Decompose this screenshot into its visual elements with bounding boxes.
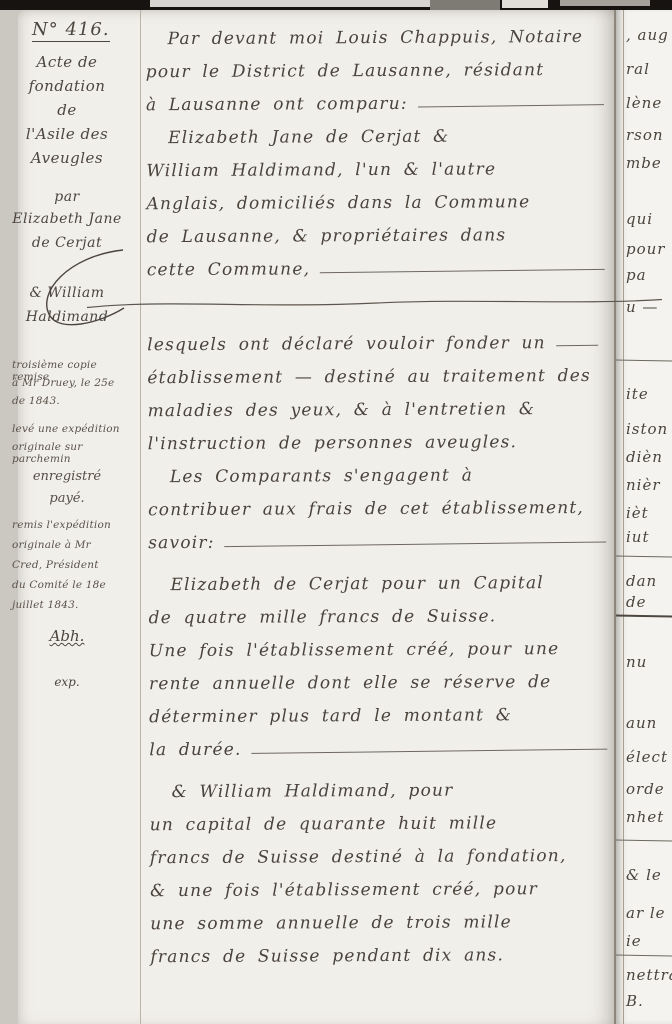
- body-line-text: de Lausanne, & propriétaires dans: [147, 219, 507, 254]
- body-line: une somme annuelle de trois mille: [150, 906, 612, 941]
- adjacent-text-fragment: iston: [626, 420, 668, 438]
- adjacent-text-fragment: , aug: [626, 26, 669, 44]
- scan-edge-fragment: [430, 0, 500, 10]
- body-line-text: cette Commune,: [147, 253, 311, 287]
- adjacent-margin-rule: [623, 8, 624, 1024]
- body-line: maladies des yeux, & à l'entretien &: [147, 393, 609, 428]
- adjacent-section-rule: [616, 840, 672, 842]
- body-line: pour le District de Lausanne, résidant: [146, 54, 608, 89]
- body-line: Elizabeth de Cerjat pour un Capital: [148, 567, 610, 602]
- adjacent-text-fragment: nettra: [626, 966, 672, 984]
- adjacent-section-rule: [616, 615, 672, 618]
- adjacent-section-rule: [616, 955, 672, 957]
- body-line: l'instruction de personnes aveugles.: [148, 426, 610, 461]
- margin-registration-note: originale à Mr: [12, 540, 122, 552]
- adjacent-text-fragment: ièt: [626, 504, 649, 522]
- body-line-text: Anglais, domiciliés dans la Commune: [146, 186, 530, 221]
- margin-title-line: Acte de: [12, 54, 122, 71]
- scan-top-edge: [0, 0, 672, 10]
- body-line-text: contribuer aux frais de cet établissemen…: [148, 492, 584, 527]
- adjacent-section-rule: [616, 360, 672, 362]
- body-line-text: lesquels ont déclaré vouloir fonder un: [147, 327, 546, 362]
- adjacent-text-fragment: & le: [626, 866, 662, 884]
- margin-registration-note: payé.: [12, 492, 122, 506]
- margin-registration-note: remis l'expédition: [12, 520, 122, 532]
- body-line: cette Commune,: [147, 252, 609, 287]
- body-line-text: Par devant moi Louis Chappuis, Notaire: [146, 21, 584, 56]
- ink-rule: [556, 345, 598, 347]
- adjacent-text-fragment: ite: [626, 385, 649, 403]
- adjacent-text-fragment: ral: [626, 60, 650, 78]
- body-line-text: une somme annuelle de trois mille: [150, 906, 512, 941]
- margin-title-line: fondation: [12, 78, 122, 95]
- scan-edge-fragment: [560, 0, 650, 6]
- body-line: un capital de quarante huit mille: [150, 807, 612, 842]
- page-gutter-edge: [614, 8, 616, 1024]
- adjacent-text-fragment: pour: [626, 240, 665, 258]
- margin-signature: Abh.: [12, 628, 122, 645]
- body-line-text: l'instruction de personnes aveugles.: [148, 426, 518, 461]
- margin-registration-note: du Comité le 18e: [12, 580, 122, 592]
- margin-title-line: l'Asile des: [12, 126, 122, 143]
- margin-party-line: Elizabeth Jane: [12, 212, 122, 227]
- ink-rule: [252, 749, 608, 754]
- adjacent-text-fragment: qui: [626, 210, 653, 228]
- body-line: & William Haldimand, pour: [149, 774, 611, 809]
- body-line: Elizabeth Jane de Cerjat &: [146, 120, 608, 155]
- body-line: rente annuelle dont elle se réserve de: [149, 666, 611, 701]
- body-line-text: Elizabeth de Cerjat pour un Capital: [148, 567, 544, 602]
- body-line-text: déterminer plus tard le montant &: [149, 699, 512, 734]
- adjacent-text-fragment: élect: [626, 748, 668, 766]
- body-line-text: Elizabeth Jane de Cerjat &: [146, 121, 450, 156]
- body-line: de quatre mille francs de Suisse.: [149, 600, 611, 635]
- adjacent-text-fragment: nièr: [626, 476, 661, 494]
- adjacent-text-fragment: mbe: [626, 154, 662, 172]
- margin-title-line: de: [12, 102, 122, 119]
- body-line: Les Comparants s'engagent à: [148, 459, 610, 494]
- body-line-text: pour le District de Lausanne, résidant: [146, 54, 545, 89]
- body-line-text: rente annuelle dont elle se réserve de: [149, 666, 552, 701]
- adjacent-text-fragment: ie: [626, 932, 642, 950]
- body-line: contribuer aux frais de cet établissemen…: [148, 492, 610, 527]
- body-line: établissement — destiné au traitement de…: [147, 360, 609, 395]
- margin-annotations: N° 416. Acte de fondation de l'Asile des…: [12, 14, 130, 1014]
- body-line-text: un capital de quarante huit mille: [150, 807, 498, 842]
- act-number: N° 416.: [32, 20, 122, 40]
- margin-registration-note: juillet 1843.: [12, 600, 122, 612]
- body-line: Une fois l'établissement créé, pour une: [149, 633, 611, 668]
- body-line: déterminer plus tard le montant &: [149, 699, 611, 734]
- body-line-text: Une fois l'établissement créé, pour une: [149, 633, 560, 668]
- adjacent-text-fragment: ar le: [626, 904, 666, 922]
- body-line: de Lausanne, & propriétaires dans: [147, 219, 609, 254]
- adjacent-text-fragment: dan: [626, 572, 657, 590]
- body-line-text: & une fois l'établissement créé, pour: [150, 873, 538, 908]
- margin-registration-note: de 1843.: [12, 396, 122, 408]
- adjacent-text-fragment: lène: [626, 94, 662, 112]
- ink-rule: [320, 269, 605, 273]
- scan-edge-fragment: [502, 0, 548, 8]
- body-line-text: de quatre mille francs de Suisse.: [149, 600, 497, 635]
- ink-rule: [225, 541, 607, 547]
- body-line: savoir:: [148, 525, 610, 560]
- body-line-text: Les Comparants s'engagent à: [148, 460, 473, 495]
- body-line: la durée.: [149, 732, 611, 767]
- adjacent-text-fragment: dièn: [626, 448, 663, 466]
- margin-registration-note: à Mr Druey, le 25e: [12, 378, 122, 390]
- adjacent-text-fragment: pa: [626, 266, 647, 284]
- ink-flourish: [28, 238, 138, 348]
- body-line: lesquels ont déclaré vouloir fonder un: [147, 327, 609, 362]
- adjacent-text-fragment: iut: [626, 528, 650, 546]
- adjacent-text-fragment: de: [626, 593, 646, 611]
- body-line: & une fois l'établissement créé, pour: [150, 873, 612, 908]
- body-line-text: à Lausanne ont comparu:: [146, 88, 408, 122]
- margin-party-line: par: [12, 190, 122, 205]
- adjacent-text-fragment: B.: [626, 992, 644, 1010]
- body-line: William Haldimand, l'un & l'autre: [146, 153, 608, 188]
- adjacent-page-sliver: , aug ral lène rson mbe qui pour pa u — …: [616, 8, 672, 1024]
- body-line-text: savoir:: [148, 527, 215, 560]
- adjacent-text-fragment: orde: [626, 780, 665, 798]
- adjacent-text-fragment: rson: [626, 126, 664, 144]
- body-line-text: William Haldimand, l'un & l'autre: [146, 153, 496, 188]
- body-line-text: francs de Suisse destiné à la fondation,: [150, 840, 567, 875]
- adjacent-section-rule: [616, 556, 672, 558]
- body-line: Par devant moi Louis Chappuis, Notaire: [146, 21, 608, 56]
- body-line: francs de Suisse destiné à la fondation,: [150, 840, 612, 875]
- act-number-text: N° 416.: [32, 19, 110, 42]
- adjacent-text-fragment: nhet: [626, 808, 664, 826]
- margin-title-line: Aveugles: [12, 150, 122, 167]
- body-line-text: maladies des yeux, & à l'entretien &: [147, 393, 535, 428]
- scan-edge-fragment: [150, 0, 430, 7]
- body-line: Anglais, domiciliés dans la Commune: [146, 186, 608, 221]
- margin-rule-line: [140, 8, 141, 1024]
- ink-flourish-rule: [147, 285, 609, 320]
- adjacent-text-fragment: aun: [626, 714, 657, 732]
- margin-abbreviation: exp.: [12, 676, 122, 689]
- body-line: francs de Suisse pendant dix ans.: [150, 939, 612, 974]
- body-line-text: & William Haldimand, pour: [149, 775, 453, 810]
- margin-registration-note: originale sur parchemin: [12, 442, 122, 465]
- ink-rule: [418, 104, 604, 107]
- body-line-text: établissement — destiné au traitement de…: [147, 360, 591, 395]
- body-line: à Lausanne ont comparu:: [146, 87, 608, 122]
- scanned-register-page: , aug ral lène rson mbe qui pour pa u — …: [0, 0, 672, 1024]
- margin-registration-note: levé une expédition: [12, 424, 122, 436]
- deed-body-text: Par devant moi Louis Chappuis, Notaire p…: [146, 21, 613, 974]
- margin-registration-note: enregistré: [12, 470, 122, 484]
- adjacent-text-fragment: nu: [626, 653, 647, 671]
- margin-registration-note: Cred, Président: [12, 560, 122, 572]
- body-line-text: la durée.: [149, 734, 241, 767]
- body-line-text: francs de Suisse pendant dix ans.: [150, 939, 504, 974]
